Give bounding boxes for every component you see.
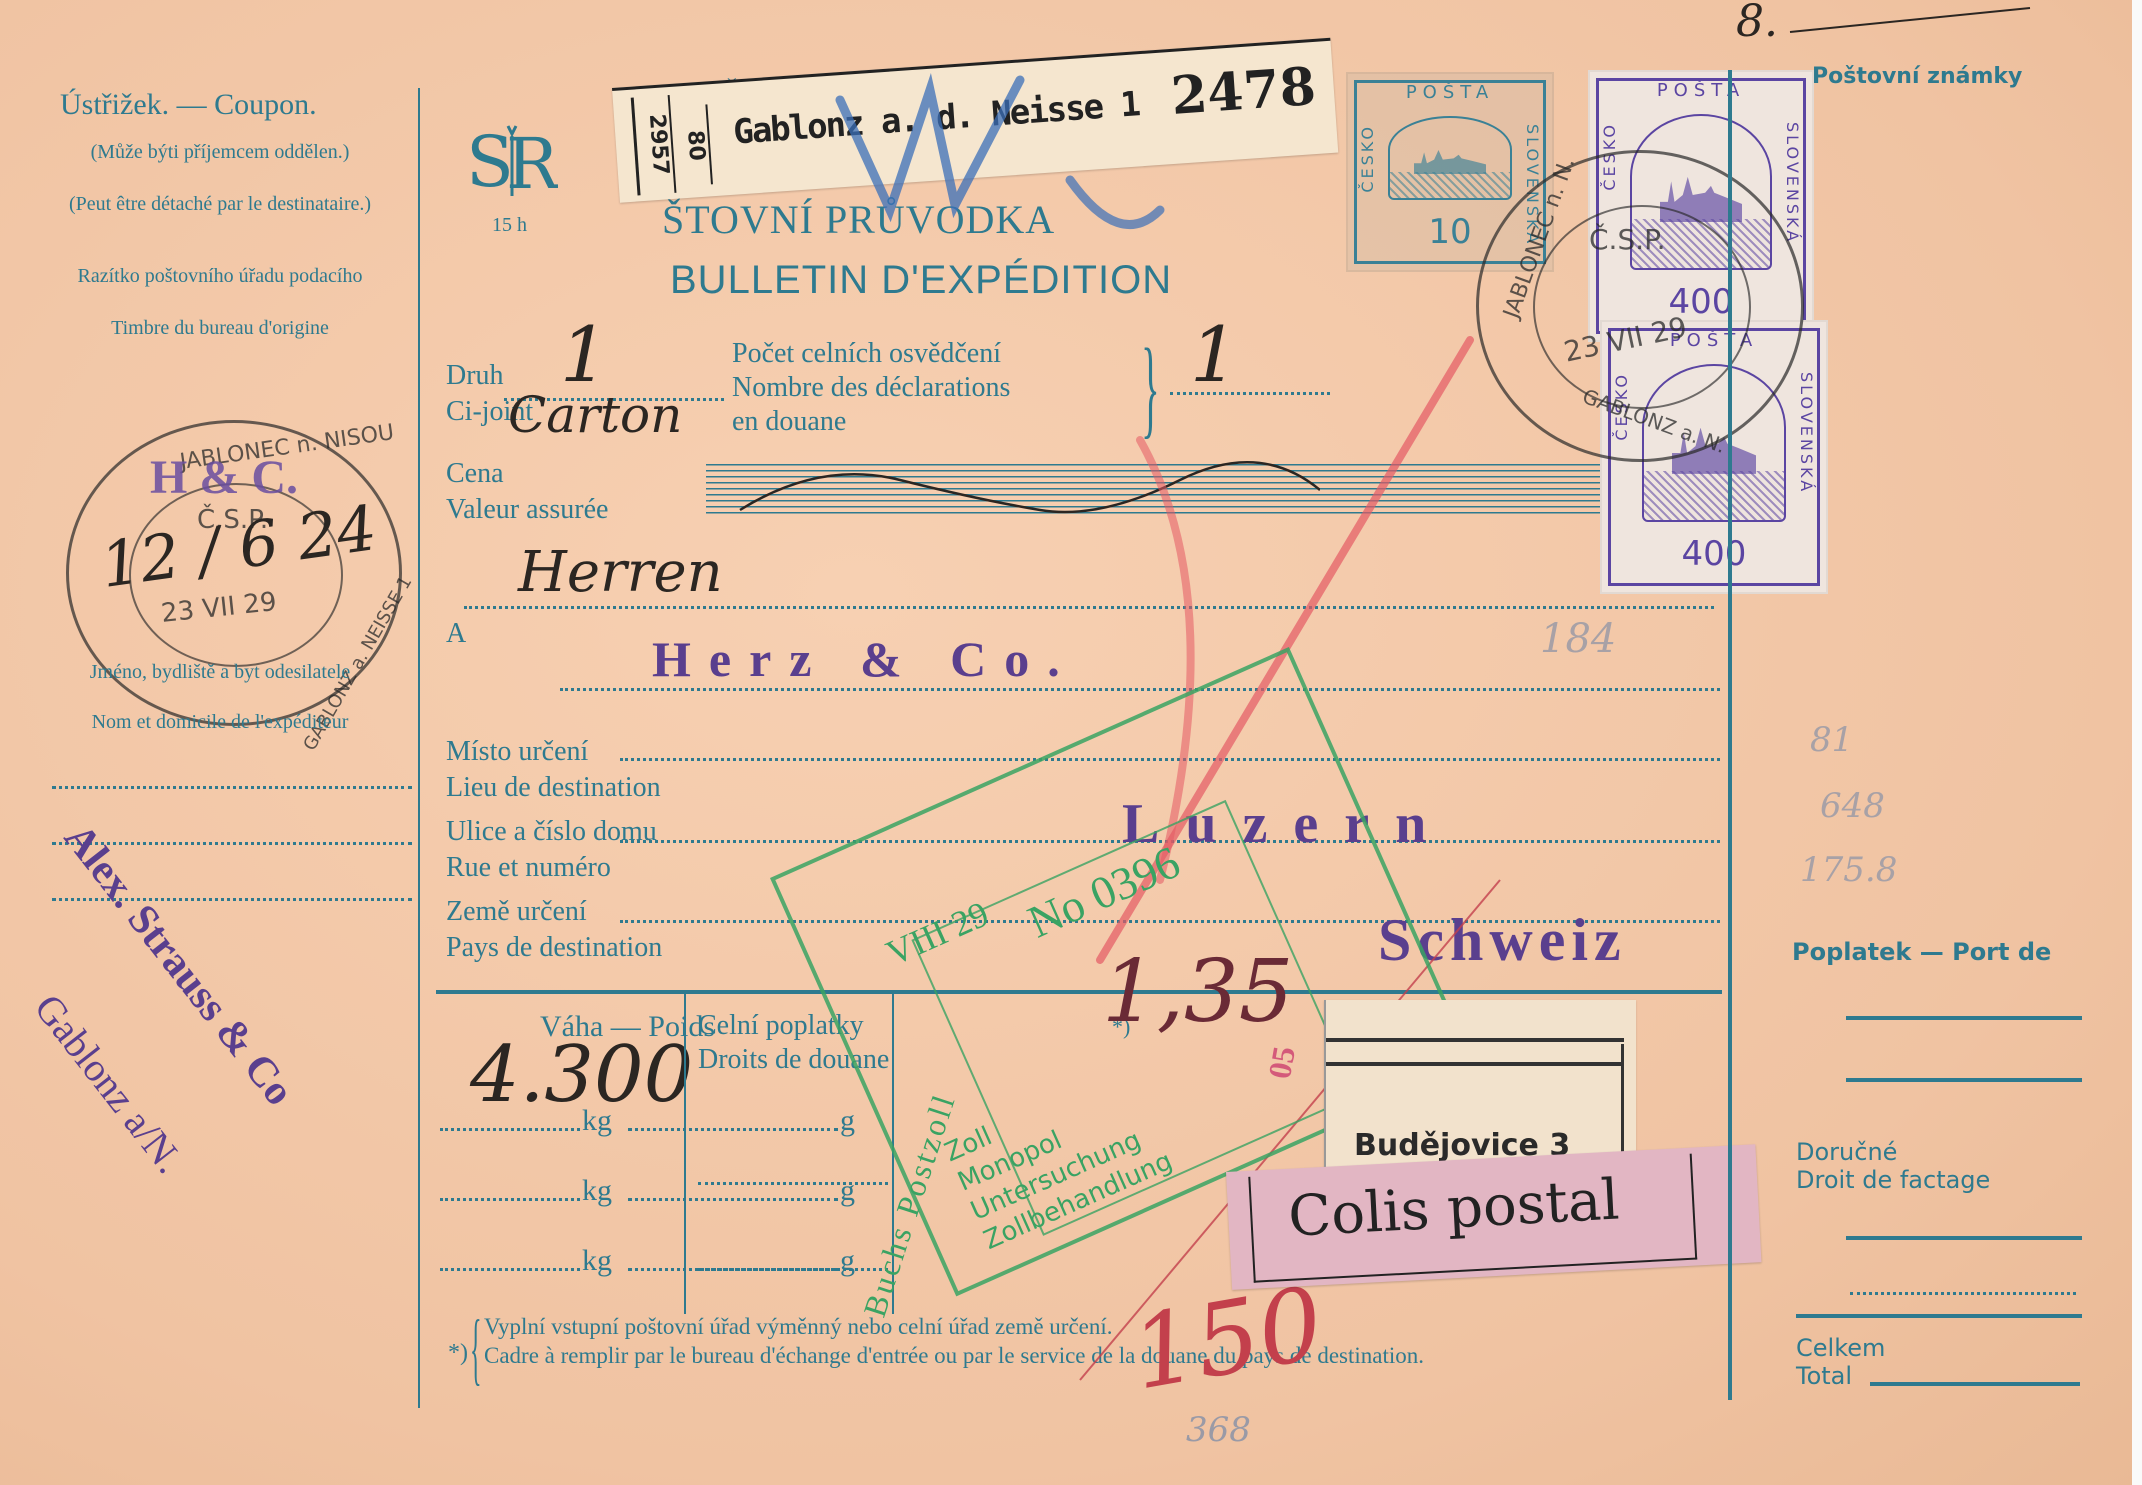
total-label: Total	[1796, 1362, 1852, 1390]
fee-handwritten-top: 8.	[1736, 0, 1778, 47]
registration-number: 2478	[1169, 56, 1318, 127]
footnote-brace: {	[470, 1304, 482, 1395]
a-label: A	[446, 618, 466, 650]
dorucne-label: Doručné	[1796, 1138, 1897, 1166]
budejovice-bar-2	[1326, 1062, 1624, 1066]
stamp-side-right: SLOVENSKÁ	[1797, 372, 1816, 494]
registration-sub: 80	[675, 104, 713, 186]
druh-label: Druh	[446, 360, 504, 392]
price-imprint: 15 h	[492, 214, 527, 237]
rue-label: Rue et numéro	[446, 852, 611, 884]
coupon-note-cz: (Může býti příjemcem oddělen.)	[40, 140, 400, 164]
sender-label-fr: Nom et domicile de l'expéditeur	[40, 710, 400, 734]
valeur-label: Valeur assurée	[446, 494, 608, 526]
kg-unit-1: kg	[582, 1104, 612, 1138]
g-line-2	[628, 1198, 838, 1201]
sender-stamp-line2: Gablonz a/N.	[25, 985, 193, 1182]
poplatek-label: Poplatek — Port de	[1792, 938, 2051, 966]
declarations-label-cz: Počet celních osvědčení	[732, 338, 1001, 370]
weight-customs-divider	[684, 994, 686, 1314]
fee-line-2	[1846, 1078, 2082, 1082]
fee-line-4	[1850, 1292, 2076, 1295]
footnote-marker: *)	[448, 1340, 468, 1367]
svg-text:R: R	[506, 123, 558, 205]
kg-line-3a	[440, 1268, 580, 1271]
coupon-stamp-label-cz: Razítko poštovního úřadu podacího	[40, 264, 400, 288]
celkem-label: Celkem	[1796, 1334, 1885, 1362]
cena-label: Cena	[446, 458, 504, 490]
total-line	[1870, 1382, 2080, 1386]
g-unit-1: g	[840, 1104, 855, 1138]
fee-line-1	[1846, 1016, 2082, 1020]
fee-column-divider	[1728, 70, 1732, 1400]
misto-label: Místo určení	[446, 736, 588, 768]
fee-total-divider	[1796, 1314, 2082, 1318]
stamp-posta: POŠTA	[1348, 82, 1552, 103]
pencil-note-2: 81	[1810, 720, 1853, 760]
sender-line-1	[52, 786, 412, 789]
declarations-label-fr: Nombre des déclarations	[732, 372, 1010, 404]
blue-crayon-mark	[820, 60, 1180, 260]
pencil-note-bottom: 368	[1186, 1410, 1251, 1450]
lieu-label: Lieu de destination	[446, 772, 661, 804]
stamp-side-right: SLOVENSKÁ	[1783, 122, 1802, 244]
fee-header: Poštovní známky	[1812, 64, 2022, 89]
registration-code: 2957	[631, 95, 677, 195]
overprint-hc: H & C.	[150, 450, 298, 505]
stamp-side-left: ČESKO	[1358, 124, 1377, 193]
pencil-note-4: 175.8	[1800, 850, 1897, 890]
kg-line-1a	[440, 1128, 580, 1131]
pencil-note-3: 648	[1820, 786, 1885, 826]
coupon-note-fr: (Peut être détaché par le destinataire.)	[40, 192, 400, 216]
g-line-1	[628, 1128, 838, 1131]
zeme-label: Země určení	[446, 896, 587, 928]
g-unit-3: g	[840, 1244, 855, 1278]
postmark-right: JABLONEC n. N. Č.S.P. 23 VII 29 GABLONZ …	[1476, 150, 1804, 462]
customs-line-1	[698, 1182, 888, 1185]
declarations-label-fr2: en douane	[732, 406, 846, 438]
title-fr: BULLETIN D'EXPÉDITION	[670, 258, 1172, 303]
stamp-posta: POŠTA	[1590, 80, 1812, 101]
sender-label-cz: Jméno, bydliště a byt odesilatele	[40, 660, 400, 684]
g-unit-2: g	[840, 1174, 855, 1208]
cijoint-value: Carton	[508, 386, 682, 444]
kg-unit-3: kg	[582, 1244, 612, 1278]
postmark-right-mid: Č.S.P.	[1589, 223, 1666, 256]
budejovice-bar-1	[1326, 1038, 1624, 1042]
coupon-divider	[418, 88, 420, 1408]
stamp-castle-scene	[1388, 116, 1512, 200]
kg-unit-2: kg	[582, 1174, 612, 1208]
pays-label: Pays de destination	[446, 932, 662, 964]
kg-line-2a	[440, 1198, 580, 1201]
fee-pen-stroke	[1780, 0, 2040, 40]
pencil-note-1: 184	[1540, 616, 1616, 662]
coupon-stamp-label-fr: Timbre du bureau d'origine	[40, 316, 400, 340]
parcel-card: Ústřižek. — Coupon. (Může býti příjemcem…	[0, 0, 2142, 1485]
stamp-value: 400	[1602, 534, 1826, 574]
ulice-label: Ulice a číslo domu	[446, 816, 657, 848]
coupon-title: Ústřižek. — Coupon.	[60, 88, 317, 122]
scan-edge	[2132, 0, 2142, 1485]
recipient-salutation: Herren	[518, 540, 723, 605]
factage-label: Droit de factage	[1796, 1166, 1990, 1194]
csr-emblem-icon: S R	[462, 112, 558, 208]
fee-line-3	[1846, 1236, 2082, 1240]
red-customs-mark: 05	[1261, 1044, 1303, 1082]
customs-line-2	[698, 1268, 888, 1271]
